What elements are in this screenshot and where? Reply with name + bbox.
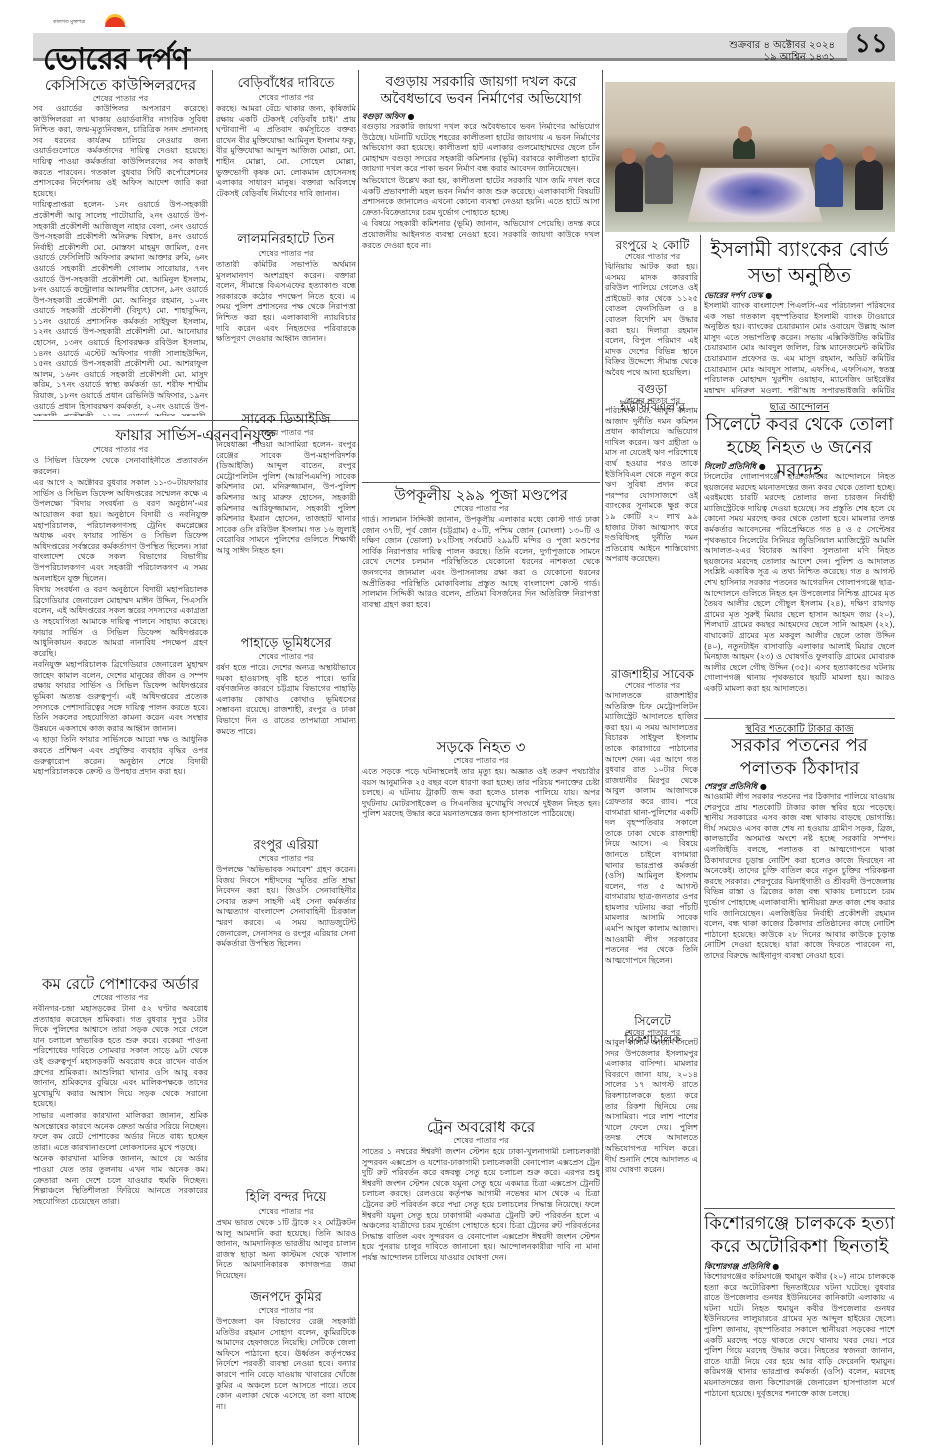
- byline: ভোরের দর্পণ ডেস্ক ●: [704, 290, 772, 301]
- masthead: কালগত মুক্তপত্র ভোরের দর্পণ শুক্রবার ৪ অ…: [33, 33, 895, 61]
- article-body: আদালতকে রাজশাহীর অতিরিক্ত চিফ মেট্রোপলিট…: [605, 691, 698, 991]
- sun-logo-icon: [105, 17, 125, 27]
- continued-label: শেষের পাতার পর: [362, 504, 600, 514]
- headline: লালমনিরহাটে তিন: [216, 232, 356, 248]
- headline: ট্রেন অবরোধ করে: [362, 1118, 600, 1136]
- continued-label: শেষের পাতার পর: [216, 854, 356, 864]
- article-body: উপলক্ষে 'অভিভাবক সমাবেশ' গ্রহণ করেন। বিজ…: [216, 865, 356, 1165]
- continued-label: শেষের পাতার পর: [33, 445, 208, 455]
- article-body: আবুল কালাম আজাদ সিলেট সদর উপজেলার ইসলামপ…: [605, 1038, 698, 1445]
- continued-label: শেষের পাতার পর: [216, 1306, 356, 1316]
- column-divider: [602, 70, 603, 1445]
- section-rule: [704, 718, 895, 719]
- headline: জনপদে কুমির: [216, 1290, 356, 1306]
- continued-label: শেষের পাতার পর: [605, 1028, 700, 1038]
- article-body: গার্ড। সালমান সিদ্দিকী জানান, উপকূলীয় এ…: [362, 515, 600, 735]
- article-body: কিশোরগঞ্জের করিমগঞ্জে হুমায়ুন কবীর (২০)…: [704, 1272, 895, 1445]
- dateline: শুক্রবার ৪ অক্টোবর ২০২৪ ১৯ আশ্বিন ১৪৩১: [729, 40, 835, 64]
- headline: হিলি বন্দর দিয়ে: [216, 1190, 356, 1206]
- headline: কম রেটে পোশাকের অর্ডার: [33, 975, 208, 993]
- logo-tagline: কালগত মুক্তপত্র: [53, 19, 85, 27]
- section-rule: [362, 482, 600, 483]
- column-divider: [700, 235, 701, 1445]
- article-body: ও সিভিল ডিফেন্স থেকে সেনাবাহিনীতে প্রত্য…: [33, 456, 208, 996]
- article-body: নবীনগর-চন্দ্রা মহাসড়কের টানা ৫২ ঘণ্টার …: [33, 1004, 208, 1445]
- continued-label: শেষের পাতার পর: [605, 252, 700, 262]
- article-body: উপজেলা বন বিভাগের রেঞ্জ সহকারী মতিউর রহম…: [216, 1317, 356, 1417]
- continued-label: শেষের পাতার পর: [216, 1207, 356, 1217]
- headline: সাবেক ডিআইজি: [216, 412, 356, 428]
- headline: উপকূলীয় ২৯৯ পূজা মণ্ডপের: [362, 486, 600, 504]
- continued-label: শেষের পাতার পর: [33, 993, 208, 1003]
- headline: বেড়িবাঁধের দাবিতে: [216, 76, 356, 92]
- section-rule: [704, 396, 895, 397]
- continued-label: শেষের পাতার পর: [362, 756, 600, 766]
- continued-label: শেষের পাতার পর: [605, 396, 700, 406]
- headline: পাহাড়ে ভূমিধসের: [216, 636, 356, 652]
- headline: রংপুর এরিয়া: [216, 838, 356, 854]
- continued-label: শেষের পাতার পর: [216, 93, 356, 103]
- byline: বগুড়া অফিস ●: [362, 111, 414, 122]
- article-body: এতে সড়কে পড়ে ঘটনাস্থলেই তার মৃত্যু হয়…: [362, 767, 600, 1122]
- continued-label: শেষের পাতার পর: [216, 652, 356, 662]
- headline: সরকার পতনের পর পলাতক ঠিকাদার: [704, 734, 895, 780]
- article-body: তাতারী কমিটির সভাপতি অর্থমান মুসলমানগণ অ…: [216, 260, 356, 405]
- article-body: করছে। আমরা বেঁচে থাকার জন্য, কৃষিজমি রক্…: [216, 104, 356, 229]
- column-divider: [358, 70, 359, 1445]
- article-body: আওয়ামী লীগ সরকার পতনের পর ঠিকাদার পালিয…: [704, 792, 895, 1204]
- article-body: বর্ষণ হতে পারে। দেশের অন্যত্র অস্থায়ীভা…: [216, 663, 356, 833]
- date-gregorian: শুক্রবার ৪ অক্টোবর ২০২৪: [729, 40, 835, 52]
- article-body: সাতের ১ নম্বরের ঈশ্বরদী জংশন স্টেশন হয়ে…: [362, 1147, 600, 1445]
- byline: শেরপুর প্রতিনিধি ●: [704, 781, 767, 792]
- continued-label: শেষের পাতার পর: [362, 1136, 600, 1146]
- headline: ইসলামী ব্যাংকের বোর্ড সভা অনুষ্ঠিত: [704, 236, 895, 288]
- continued-label: শেষের পাতার পর: [33, 94, 208, 104]
- article-body: সিলেটের গোলাপগঞ্জে ছাত্র-জনতার আন্দোলনে …: [704, 472, 895, 715]
- headline: সড়কে নিহত ৩: [362, 738, 600, 756]
- board-meeting-photo: [605, 82, 895, 232]
- page-number: ১১: [847, 27, 895, 61]
- continued-label: শেষের পাতার পর: [216, 249, 356, 259]
- byline: সিলেট প্রতিনিধি ●: [704, 461, 766, 472]
- article-body: ইসলামী ব্যাংক বাংলাদেশ পিএলসি-এর পরিচালন…: [704, 301, 895, 393]
- article-body: বগুড়ায় সরকারি জায়গা দখল করে অবৈধভাবে …: [362, 122, 600, 477]
- continued-label: শেষের পাতার পর: [605, 681, 700, 691]
- headline: কেসিসিতে কাউন্সিলরদের: [33, 76, 208, 94]
- date-bangla: ১৯ আশ্বিন ১৪৩১: [729, 52, 835, 64]
- byline: কিশোরগঞ্জ প্রতিনিধি ●: [704, 1261, 779, 1272]
- continued-label: শেষের পাতার পর: [216, 428, 356, 438]
- article-body: পরিচালক মো. আবুল কালাম আজাদ দুর্নীতি দমন…: [605, 406, 698, 661]
- section-rule: [704, 1208, 895, 1209]
- headline: বগুড়ায় সরকারি জায়গা দখল করে অবৈধভাবে …: [362, 74, 600, 108]
- conference-table: [687, 168, 822, 222]
- article-body: সব ওয়ার্ডের কাউন্সিলর অপসারণ করেছে। কাউ…: [33, 104, 208, 416]
- article-body: প্রথম ভারত থেকে ১টি ট্রাকে ২২ মেট্রিকটন …: [216, 1218, 356, 1288]
- article-body: ঝিনিয়ায় আটক করা হয়। এসময় মাদক কারবার…: [605, 262, 698, 377]
- headline: কিশোরগঞ্জে চালককে হত্যা করে অটোরিকশা ছিন…: [704, 1212, 895, 1258]
- article-body: নিষেধাজ্ঞা পাওয়া আসামিরা হলেন- রংপুর রে…: [216, 440, 356, 630]
- column-divider: [212, 70, 213, 1445]
